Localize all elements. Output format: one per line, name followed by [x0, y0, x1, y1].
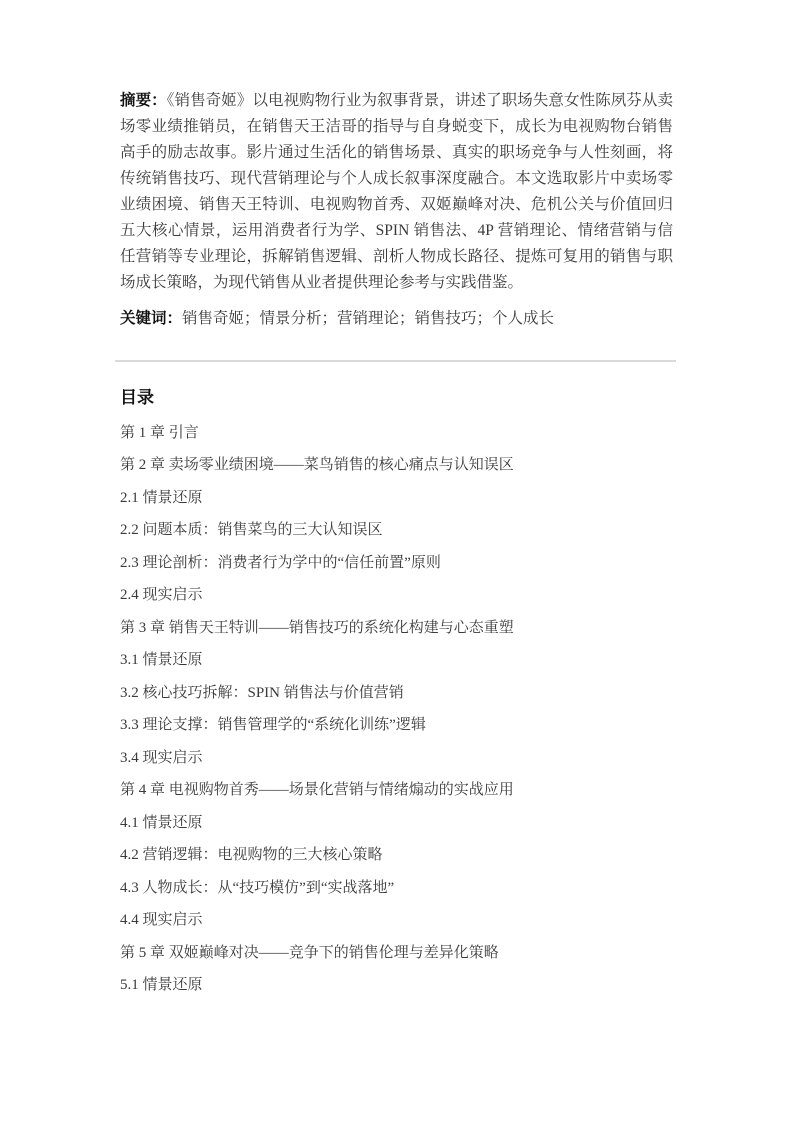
toc-entry: 3.4 现实启示: [120, 742, 673, 775]
toc-entry: 3.1 情景还原: [120, 645, 673, 678]
document-page: 摘要：《销售奇姬》以电视购物行业为叙事背景，讲述了职场失意女性陈夙芬从卖场零业绩…: [0, 0, 793, 1122]
abstract-paragraph: 摘要：《销售奇姬》以电视购物行业为叙事背景，讲述了职场失意女性陈夙芬从卖场零业绩…: [120, 88, 673, 296]
toc-entry: 第 2 章 卖场零业绩困境——菜鸟销售的核心痛点与认知误区: [120, 450, 673, 483]
abstract-text: 《销售奇姬》以电视购物行业为叙事背景，讲述了职场失意女性陈夙芬从卖场零业绩推销员…: [120, 92, 673, 291]
toc-entry: 4.4 现实启示: [120, 905, 673, 938]
keywords-text: 销售奇姬；情景分析；营销理论；销售技巧；个人成长: [182, 310, 554, 327]
toc-entry: 3.3 理论支撑：销售管理学的“系统化训练”逻辑: [120, 710, 673, 743]
toc-entry: 4.3 人物成长：从“技巧模仿”到“实战落地”: [120, 872, 673, 905]
toc-entry: 2.2 问题本质：销售菜鸟的三大认知误区: [120, 515, 673, 548]
toc-entry: 3.2 核心技巧拆解：SPIN 销售法与价值营销: [120, 677, 673, 710]
abstract-label: 摘要：: [120, 92, 167, 109]
toc-entry: 2.3 理论剖析：消费者行为学中的“信任前置”原则: [120, 547, 673, 580]
toc-entry: 第 4 章 电视购物首秀——场景化营销与情绪煽动的实战应用: [120, 775, 673, 808]
toc-entry: 2.4 现实启示: [120, 580, 673, 613]
toc-entry: 4.1 情景还原: [120, 807, 673, 840]
keywords-line: 关键词：销售奇姬；情景分析；营销理论；销售技巧；个人成长: [120, 306, 673, 332]
section-divider: [115, 360, 676, 362]
toc-entry: 5.1 情景还原: [120, 970, 673, 1003]
toc-heading: 目录: [120, 385, 673, 411]
keywords-label: 关键词：: [120, 310, 182, 327]
toc-entry: 第 1 章 引言: [120, 417, 673, 450]
toc-entry: 第 3 章 销售天王特训——销售技巧的系统化构建与心态重塑: [120, 612, 673, 645]
toc-entry: 4.2 营销逻辑：电视购物的三大核心策略: [120, 840, 673, 873]
toc-list: 第 1 章 引言 第 2 章 卖场零业绩困境——菜鸟销售的核心痛点与认知误区 2…: [120, 417, 673, 1002]
toc-entry: 2.1 情景还原: [120, 482, 673, 515]
document-content: 摘要：《销售奇姬》以电视购物行业为叙事背景，讲述了职场失意女性陈夙芬从卖场零业绩…: [120, 88, 673, 1002]
toc-entry: 第 5 章 双姬巅峰对决——竞争下的销售伦理与差异化策略: [120, 937, 673, 970]
